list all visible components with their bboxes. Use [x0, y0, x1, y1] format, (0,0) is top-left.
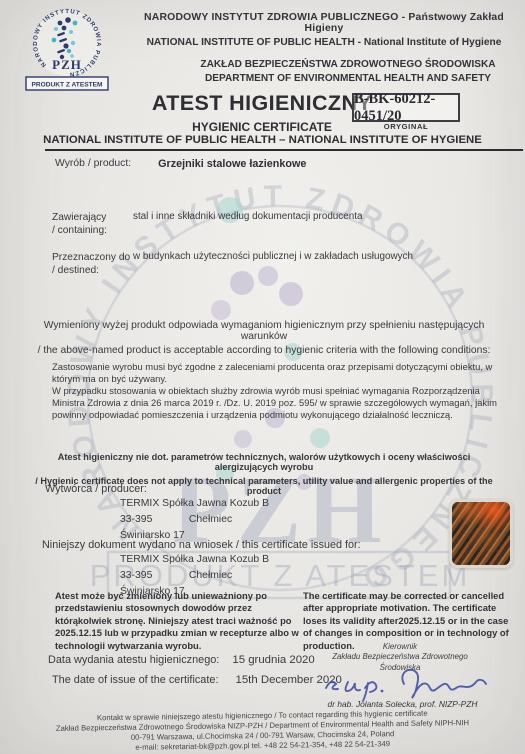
department-name-en: DEPARTMENT OF ENVIRONMENTAL HEALTH AND S… [176, 73, 520, 84]
handwritten-signature [312, 662, 492, 704]
institute-name-en: NATIONAL INSTITUTE OF PUBLIC HEALTH - Na… [128, 37, 520, 48]
issued-for-postal-code: 33-395 [120, 568, 186, 584]
producer-label: Wytwórca / producer: [45, 483, 147, 495]
signatory-role-line2: Zakładu Bezpieczeństwa Zdrowotnego [305, 652, 495, 662]
product-row: Wyrób / product: Grzejniki stalowe łazie… [55, 158, 306, 170]
validity-text-pl: Atest może być zmieniony lub unieważnion… [55, 590, 303, 652]
destined-label-en: / destined: [52, 264, 133, 277]
containing-label-pl: Zawierający [52, 211, 133, 224]
issue-date-row-pl: Data wydania atestu higienicznego: 15 gr… [48, 654, 315, 666]
header-institute: NARODOWY INSTYTUT ZDROWIA PUBLICZNEGO - … [128, 12, 520, 84]
logo-badge: PRODUKT Z ATESTEM [31, 82, 103, 89]
institute-name-pl: NARODOWY INSTYTUT ZDROWIA PUBLICZNEGO - … [128, 12, 520, 34]
product-value: Grzejniki stalowe łazienkowe [158, 158, 306, 170]
signatory-role-line1: Kierownik [305, 642, 495, 652]
producer-address: TERMIX Spółka Jawna Kozub B 33-395 Chełm… [120, 496, 380, 544]
destined-value: w budynkach użyteczności publicznej i w … [133, 251, 413, 278]
certificate-page: NARODOWY INSTYTUT ZDROWIA PUBLICZNEGO PZ… [0, 0, 525, 754]
certificate-number-box: B-BK-60212-0451/20 [352, 93, 460, 122]
conditions-section: Wymieniony wyżej produkt odpowiada wymag… [28, 320, 500, 421]
issue-date-value-pl: 15 grudnia 2020 [232, 654, 314, 666]
producer-postal-code: 33-395 [120, 512, 186, 528]
issued-for-label: Niniejszy dokument wydano na wniosek / t… [42, 539, 361, 551]
destined-label-pl: Przeznaczony do [52, 251, 133, 264]
conditions-heading-en: / the above-named product is acceptable … [28, 345, 500, 356]
issue-date-label-en: The date of issue of the certificate: [52, 674, 218, 686]
containing-row: Zawierający / containing: stal i inne sk… [52, 211, 482, 238]
disclaimer-pl: Atest higieniczny nie dot. parametrów te… [28, 452, 500, 472]
destined-row: Przeznaczony do / destined: w budynkach … [52, 251, 482, 278]
holographic-sticker [449, 499, 513, 568]
header-divider [45, 149, 523, 151]
conditions-heading-pl: Wymieniony wyżej produkt odpowiada wymag… [28, 320, 500, 342]
containing-value: stal i inne składniki według dokumentacj… [133, 211, 362, 238]
containing-label-en: / containing: [52, 224, 133, 237]
department-name-pl: ZAKŁAD BEZPIECZEŃSTWA ZDROWOTNEGO ŚRODOW… [176, 59, 520, 70]
issue-date-row-en: The date of issue of the certificate: 15… [52, 674, 342, 686]
footer-contact: Kontakt w sprawie niniejszego atestu hig… [0, 707, 525, 754]
institute-line: NATIONAL INSTITUTE OF PUBLIC HEALTH – NA… [0, 134, 525, 146]
certificate-subtitle: HYGIENIC CERTIFICATE [112, 120, 412, 134]
producer-name: TERMIX Spółka Jawna Kozub B [120, 496, 380, 512]
logo-acronym: PZH [52, 57, 82, 72]
issued-for-city: Chełmiec [189, 570, 232, 581]
issue-date-label-pl: Data wydania atestu higienicznego: [48, 654, 219, 666]
producer-city: Chełmiec [189, 514, 232, 525]
conditions-paragraph-1: Zastosowanie wyrobu musi być zgodne z za… [52, 361, 500, 385]
conditions-paragraph-2: W przypadku stosowania w obiektach służb… [52, 385, 500, 421]
product-label: Wyrób / product: [55, 158, 131, 170]
pzh-logo: NARODOWY INSTYTUT ZDROWIA PUBLICZNEGO PZ… [13, 6, 121, 96]
issued-for-name: TERMIX Spółka Jawna Kozub B [120, 552, 380, 568]
